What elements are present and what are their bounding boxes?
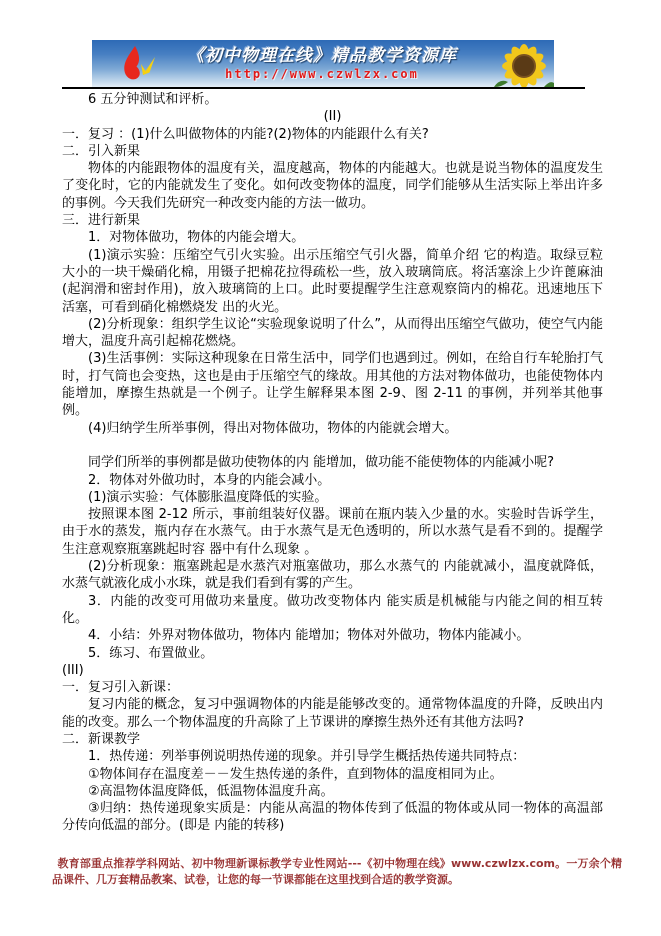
text-line: 3．内能的改变可用做功来量度。做功改变物体内 能实质是机械能与内能之间的相互转化…: [62, 593, 603, 628]
text-line: (1)演示实验：压缩空气引火实验。出示压缩空气引火器，简单介绍 它的构造。取绿豆…: [62, 247, 603, 316]
text-line: 4．小结：外界对物体做功，物体内 能增加；物体对外做功，物体内能减小。: [62, 627, 603, 644]
footer-promo-text: 教育部重点推荐学科网站、初中物理新课标教学专业性网站---《初中物理在线》www…: [52, 856, 622, 888]
text-line: (3)生活事例：实际这种现象在日常生活中，同学们也遇到过。例如，在给自行车轮胎打…: [62, 350, 603, 419]
text-line: (2)分析现象：组织学生议论“实验现象说明了什么”，从而得出压缩空气做功，使空气…: [62, 316, 603, 351]
site-logo-icon: [114, 44, 160, 84]
text-line: 按照课本图 2-12 所示，事前组装好仪器。课前在瓶内装入少量的水。实验时告诉学…: [62, 506, 603, 558]
document-page: 《初中物理在线》精品教学资源库 http://www.czwlzx.com: [0, 0, 661, 936]
text-line: 物体的内能跟物体的温度有关，温度越高，物体的内能越大。也就是说当物体的温度发生了…: [62, 160, 603, 212]
banner-text-block: 《初中物理在线》精品教学资源库 http://www.czwlzx.com: [160, 48, 492, 80]
text-line: ②高温物体温度降低，低温物体温度升高。: [62, 783, 603, 800]
banner-title: 《初中物理在线》精品教学资源库: [160, 48, 484, 65]
text-line: 一．复习 ：(1)什么叫做物体的内能?(2)物体的内能跟什么有关?: [62, 126, 603, 143]
text-line: 二．新课教学: [62, 731, 603, 748]
document-body: 6 五分钟测试和评析。(II)一．复习 ：(1)什么叫做物体的内能?(2)物体的…: [62, 91, 603, 835]
text-line: (III): [62, 662, 603, 679]
text-line: 5．练习、布置做业。: [62, 645, 603, 662]
text-line: (2)分析现象：瓶塞跳起是水蒸汽对瓶塞做功，那么水蒸气的 内能就减小，温度就降低…: [62, 558, 603, 593]
text-line: 2．物体对外做功时，本身的内能会减小。: [62, 472, 603, 489]
text-line: 同学们所举的事例都是做功使物体的内 能增加，做功能不能使物体的内能减小呢?: [62, 454, 603, 471]
sunflower-icon: [492, 40, 554, 87]
text-line: 二．引入新果: [62, 143, 603, 160]
text-line: 6 五分钟测试和评析。: [62, 91, 603, 108]
site-banner: 《初中物理在线》精品教学资源库 http://www.czwlzx.com: [92, 40, 554, 87]
text-line: 复习内能的概念，复习中强调物体的内能是能够改变的。通常物体温度的升降，反映出内能…: [62, 696, 603, 731]
text-line: (1)演示实验：气体膨胀温度降低的实验。: [62, 489, 603, 506]
text-line: ③归纳：热传递现象实质是：内能从高温的物体传到了低温的物体或从同一物体的高温部分…: [62, 800, 603, 835]
banner-url-link[interactable]: http://www.czwlzx.com: [160, 68, 484, 80]
text-line: 1．对物体做功，物体的内能会增大。: [62, 229, 603, 246]
text-line: ①物体间存在温度差－－发生热传递的条件，直到物体的温度相同为止。: [62, 766, 603, 783]
text-line: 三．进行新果: [62, 212, 603, 229]
header-divider: [62, 87, 585, 89]
text-line: (4)归纳学生所举事例，得出对物体做功，物体的内能就会增大。: [62, 420, 603, 437]
text-line: [62, 437, 603, 454]
text-line: (II): [62, 108, 603, 125]
text-line: 1．热传递：列举事例说明热传递的现象。并引导学生概括热传递共同特点：: [62, 748, 603, 765]
text-line: 一．复习引入新课：: [62, 679, 603, 696]
